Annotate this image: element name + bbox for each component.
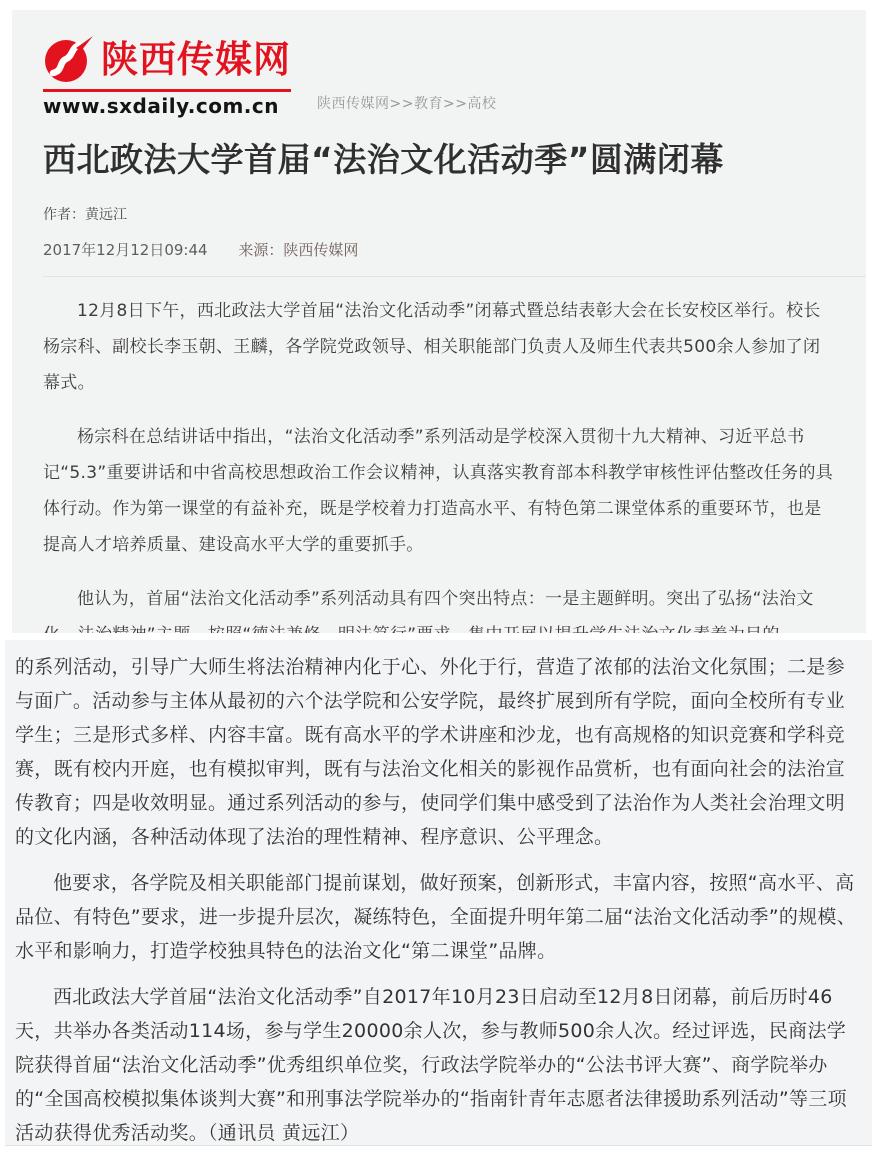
site-logo[interactable]: 陕西传媒网 www.sxdaily.com.cn <box>43 34 291 117</box>
breadcrumb[interactable]: 陕西传媒网>>教育>>高校 <box>317 93 496 113</box>
swirl-s-logo-icon <box>43 34 95 84</box>
article-body-continued: 的系列活动，引导广大师生将法治精神内化于心、外化于行，营造了浓郁的法治文化氛围；… <box>5 640 872 1146</box>
publish-date: 2017年12月12日09:44 <box>43 241 208 259</box>
site-logo-text: 陕西传媒网 <box>101 41 291 78</box>
site-url: www.sxdaily.com.cn <box>43 95 291 117</box>
logo-underline <box>43 89 291 92</box>
paragraph: 杨宗科在总结讲话中指出，“法治文化活动季”系列活动是学校深入贯彻十九大精神、习近… <box>43 419 835 563</box>
page-title: 西北政法大学首届“法治文化活动季”圆满闭幕 <box>43 139 835 180</box>
source-label[interactable]: 来源：陕西传媒网 <box>238 241 358 259</box>
paragraph: 他认为，首届“法治文化活动季”系列活动具有四个突出特点：一是主题鲜明。突出了弘扬… <box>43 581 835 633</box>
article-card: 陕西传媒网 www.sxdaily.com.cn 陕西传媒网>>教育>>高校 西… <box>12 10 866 633</box>
author-line: 作者：黄远江 <box>43 204 835 224</box>
site-masthead: 陕西传媒网 www.sxdaily.com.cn 陕西传媒网>>教育>>高校 <box>43 34 835 117</box>
header-divider <box>43 276 866 277</box>
paragraph: 12月8日下午，西北政法大学首届“法治文化活动季”闭幕式暨总结表彰大会在长安校区… <box>43 293 835 401</box>
paragraph: 的系列活动，引导广大师生将法治精神内化于心、外化于行，营造了浓郁的法治文化氛围；… <box>15 650 862 854</box>
meta-line: 2017年12月12日09:44 来源：陕西传媒网 <box>43 239 835 260</box>
paragraph: 西北政法大学首届“法治文化活动季”自2017年10月23日启动至12月8日闭幕，… <box>15 980 862 1146</box>
paragraph: 他要求，各学院及相关职能部门提前谋划，做好预案，创新形式，丰富内容，按照“高水平… <box>15 866 862 968</box>
article-body-top: 12月8日下午，西北政法大学首届“法治文化活动季”闭幕式暨总结表彰大会在长安校区… <box>43 293 835 633</box>
